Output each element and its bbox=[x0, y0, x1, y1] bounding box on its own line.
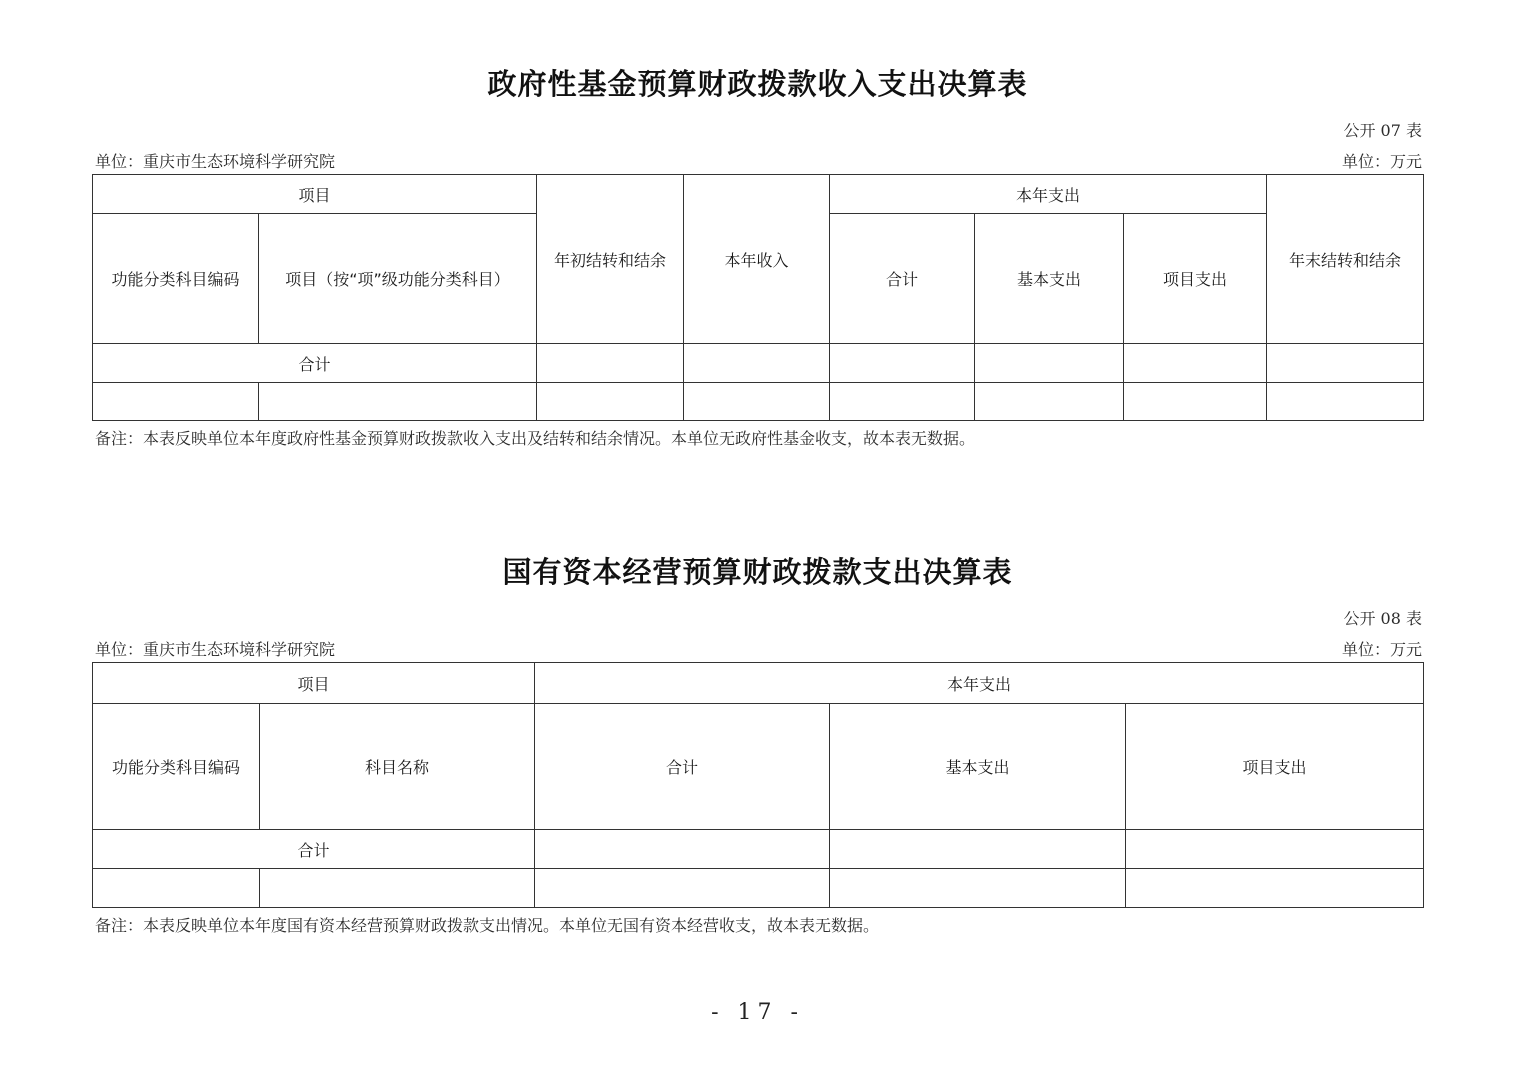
cell-expense-project bbox=[1126, 869, 1424, 908]
table-07-note: 备注：本表反映单位本年度政府性基金预算财政拨款收入支出及结转和结余情况。本单位无… bbox=[95, 426, 975, 449]
table-row bbox=[93, 383, 1424, 421]
header-expense-basic: 基本支出 bbox=[830, 704, 1126, 830]
total-expense-project bbox=[1124, 344, 1267, 383]
total-closing-balance bbox=[1267, 344, 1424, 383]
cell-code bbox=[93, 869, 260, 908]
header-expense-basic: 基本支出 bbox=[975, 214, 1124, 344]
total-row-label: 合计 bbox=[93, 830, 535, 869]
total-expense-total bbox=[535, 830, 830, 869]
table-08: 项目 本年支出 功能分类科目编码 科目名称 合计 基本支出 项目支出 合计 bbox=[92, 662, 1424, 908]
header-expense-total: 合计 bbox=[830, 214, 975, 344]
cell-expense-total bbox=[535, 869, 830, 908]
cell-expense-project bbox=[1124, 383, 1267, 421]
page-number: - 17 - bbox=[0, 1000, 1515, 1025]
cell-name bbox=[260, 869, 535, 908]
header-project-group: 项目 bbox=[93, 175, 537, 214]
table-08-note: 备注：本表反映单位本年度国有资本经营预算财政拨款支出情况。本单位无国有资本经营收… bbox=[95, 913, 879, 936]
total-row-label: 合计 bbox=[93, 344, 537, 383]
header-expense-project: 项目支出 bbox=[1126, 704, 1424, 830]
total-opening-balance bbox=[537, 344, 684, 383]
header-name: 项目（按“项”级功能分类科目） bbox=[259, 214, 537, 344]
total-row: 合计 bbox=[93, 344, 1424, 383]
total-income bbox=[684, 344, 830, 383]
table-07-unit-currency: 单位：万元 bbox=[1342, 149, 1422, 172]
header-expense-total: 合计 bbox=[535, 704, 830, 830]
cell-closing-balance bbox=[1267, 383, 1424, 421]
cell-expense-basic bbox=[830, 869, 1126, 908]
total-expense-basic bbox=[975, 344, 1124, 383]
table-08-unit-org: 单位：重庆市生态环境科学研究院 bbox=[95, 637, 335, 660]
cell-code bbox=[93, 383, 259, 421]
total-row: 合计 bbox=[93, 830, 1424, 869]
table-08-title: 国有资本经营预算财政拨款支出决算表 bbox=[0, 550, 1515, 591]
cell-income bbox=[684, 383, 830, 421]
header-expense-group: 本年支出 bbox=[535, 663, 1424, 704]
header-closing-balance: 年末结转和结余 bbox=[1267, 175, 1424, 344]
cell-expense-total bbox=[830, 383, 975, 421]
total-expense-total bbox=[830, 344, 975, 383]
total-expense-project bbox=[1126, 830, 1424, 869]
table-07-code: 公开 07 表 bbox=[1343, 118, 1422, 141]
table-07: 项目 年初结转和结余 本年收入 本年支出 年末结转和结余 功能分类科目编码 项目… bbox=[92, 174, 1424, 421]
header-code: 功能分类科目编码 bbox=[93, 704, 260, 830]
cell-name bbox=[259, 383, 537, 421]
header-expense-group: 本年支出 bbox=[830, 175, 1267, 214]
header-income: 本年收入 bbox=[684, 175, 830, 344]
cell-opening-balance bbox=[537, 383, 684, 421]
table-07-unit-org: 单位：重庆市生态环境科学研究院 bbox=[95, 149, 335, 172]
header-project-group: 项目 bbox=[93, 663, 535, 704]
header-code: 功能分类科目编码 bbox=[93, 214, 259, 344]
table-07-title: 政府性基金预算财政拨款收入支出决算表 bbox=[0, 62, 1515, 103]
header-opening-balance: 年初结转和结余 bbox=[537, 175, 684, 344]
table-08-code: 公开 08 表 bbox=[1343, 606, 1422, 629]
table-08-unit-currency: 单位：万元 bbox=[1342, 637, 1422, 660]
cell-expense-basic bbox=[975, 383, 1124, 421]
header-name: 科目名称 bbox=[260, 704, 535, 830]
header-expense-project: 项目支出 bbox=[1124, 214, 1267, 344]
table-row bbox=[93, 869, 1424, 908]
total-expense-basic bbox=[830, 830, 1126, 869]
